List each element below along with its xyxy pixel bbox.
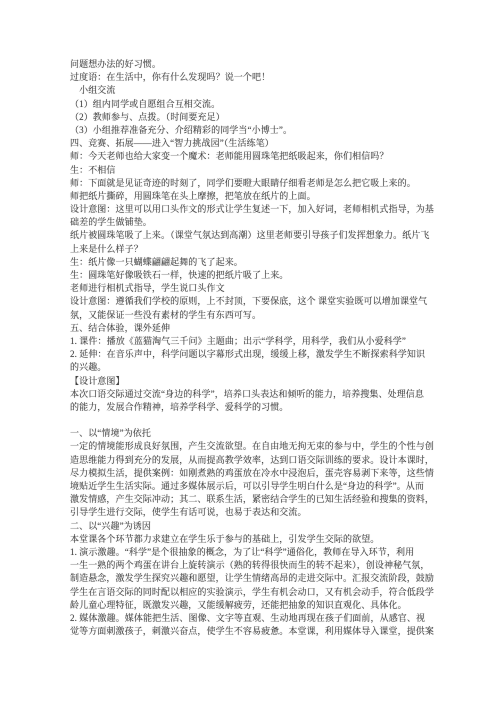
document-page: 问题想办法的好习惯。过度语：在生活中，你有什么发现吗？说一个吧！ 小组交流（1）… xyxy=(0,0,500,707)
text-line: 学生在言语交际的同时配以相应的实验演示，学生有机会动口，又有机会动手，符合低段学 xyxy=(70,586,432,599)
text-line: 四、竞赛、拓展——进入“智力挑战园”（生活练笔） xyxy=(70,137,432,150)
text-line: 一定的情境能形成良好氛围，产生交流欲望。在自由地无拘无束的参与中，学生的个性与创 xyxy=(70,440,432,453)
text-line: 老师进行相机式指导，学生说口头作文 xyxy=(70,282,432,295)
text-line: 过度语：在生活中，你有什么发现吗？说一个吧！ xyxy=(70,71,432,84)
text-line: 2. 媒体激趣。媒体能把生活、图像、文字等直观、生动地再现在孩子们面前，从感官、… xyxy=(70,612,432,625)
text-line: 1. 演示激趣。“科学”是个很抽象的概念，为了让“科学”通俗化，教师在导入环节，… xyxy=(70,546,432,559)
text-line: （2）教师参与、点拨。（时间要充足） xyxy=(70,111,432,124)
text-line: 一生一熟的两个鸡蛋在讲台上旋转演示（熟的转得很快而生的转不起来），创设神秘气氛， xyxy=(70,559,432,572)
text-line: 龄儿童心理特征，既激发兴趣，又能缓解疲劳，还能把抽象的知识直观化、具体化。 xyxy=(70,599,432,612)
text-line: 生：纸片像一只蝴蝶翩翩起舞的飞了起来。 xyxy=(70,256,432,269)
text-line: 【设计意图】 xyxy=(70,375,432,388)
text-line: 上来是什么样子？ xyxy=(70,243,432,256)
text-line: 师：下面就是见证奇迹的时刻了，同学们要瞪大眼睛仔细看老师是怎么把它吸上来的。 xyxy=(70,177,432,190)
text-line: 生：圆珠笔好像吸铁石一样，快速的把纸片吸了上来。 xyxy=(70,269,432,282)
text-line: 境贴近学生生活实际。通过多媒体展示后，可以引导学生明白什么是“身边的科学”。从而 xyxy=(70,480,432,493)
document-text-block: 问题想办法的好习惯。过度语：在生活中，你有什么发现吗？说一个吧！ 小组交流（1）… xyxy=(70,58,432,638)
text-line: 氛，又能保证一些没有素材的学生有东西可写。 xyxy=(70,309,432,322)
text-line: 纸片被圆珠笔吸了上来。（课堂气氛达到高潮）这里老师要引导孩子们发挥想象力。纸片飞 xyxy=(70,229,432,242)
text-line: 引导学生进行交际，使学生有话可说，也易于表达和交流。 xyxy=(70,506,432,519)
text-line: 的兴趣。 xyxy=(70,361,432,374)
text-line: 本堂课各个环节都力求建立在学生乐于参与的基础上，引发学生交际的欲望。 xyxy=(70,533,432,546)
text-line: 师：今天老师也给大家变一个魔术：老师能用圆珠笔把纸吸起来，你们相信吗？ xyxy=(70,150,432,163)
text-line: 觉等方面刺激孩子，刺激兴奋点，使学生不容易疲惫。本堂课，利用媒体导入课堂，提供案 xyxy=(70,625,432,638)
text-line: 小组交流 xyxy=(70,84,432,97)
text-line: 2. 延伸：在音乐声中，科学问题以字幕形式出现，缓缓上移，激发学生不断探索科学知… xyxy=(70,348,432,361)
text-line xyxy=(70,414,432,427)
text-line: 设计意图：遵循我们学校的原则，上不封顶，下要保底，这个 课堂实验既可以增加课堂气 xyxy=(70,295,432,308)
text-line: 的能力，发展合作精神，培养学科学、爱科学的习惯。 xyxy=(70,401,432,414)
text-line: 造思维能力得到充分的发展，从而提高教学效率，达到口语交际训练的要求。设计本课时， xyxy=(70,454,432,467)
text-line: 师把纸片撕碎，用圆珠笔在头上摩擦，把笔放在纸片的上面。 xyxy=(70,190,432,203)
text-line: 制造悬念，激发学生探究兴趣和愿望，让学生情绪高昂的走进交际中。汇报交流阶段，鼓励 xyxy=(70,572,432,585)
text-line: （3）小组推荐准备充分、介绍精彩的同学当“小博士”。 xyxy=(70,124,432,137)
text-line: 尽力模拟生活，提供案例：如刚煮熟的鸡蛋放在冷水中浸泡后，蛋壳容易剥下来等，这些情 xyxy=(70,467,432,480)
text-line: 1. 课件：播放《蓝猫淘气三千问》主题曲；出示“学科学，用科学，我们从小爱科学” xyxy=(70,335,432,348)
text-line: 设计意图：这里可以用口头作文的形式让学生复述一下，加入好词，老师相机式指导，为基 xyxy=(70,203,432,216)
text-line: 一、以“情境”为依托 xyxy=(70,427,432,440)
text-line: 问题想办法的好习惯。 xyxy=(70,58,432,71)
text-line: 生：不相信 xyxy=(70,164,432,177)
text-line: 激发情感，产生交际冲动；其二、联系生活，紧密结合学生的已知生活经验和搜集的资料， xyxy=(70,493,432,506)
text-line: （1）组内同学或自愿组合互相交流。 xyxy=(70,98,432,111)
text-line: 二、以“兴趣”为诱因 xyxy=(70,520,432,533)
text-line: 本次口语交际通过交流“身边的科学”，培养口头表达和倾听的能力，培养搜集、处理信息 xyxy=(70,388,432,401)
text-line: 础差的学生做铺垫。 xyxy=(70,216,432,229)
text-line: 五、结合体验，课外延伸 xyxy=(70,322,432,335)
